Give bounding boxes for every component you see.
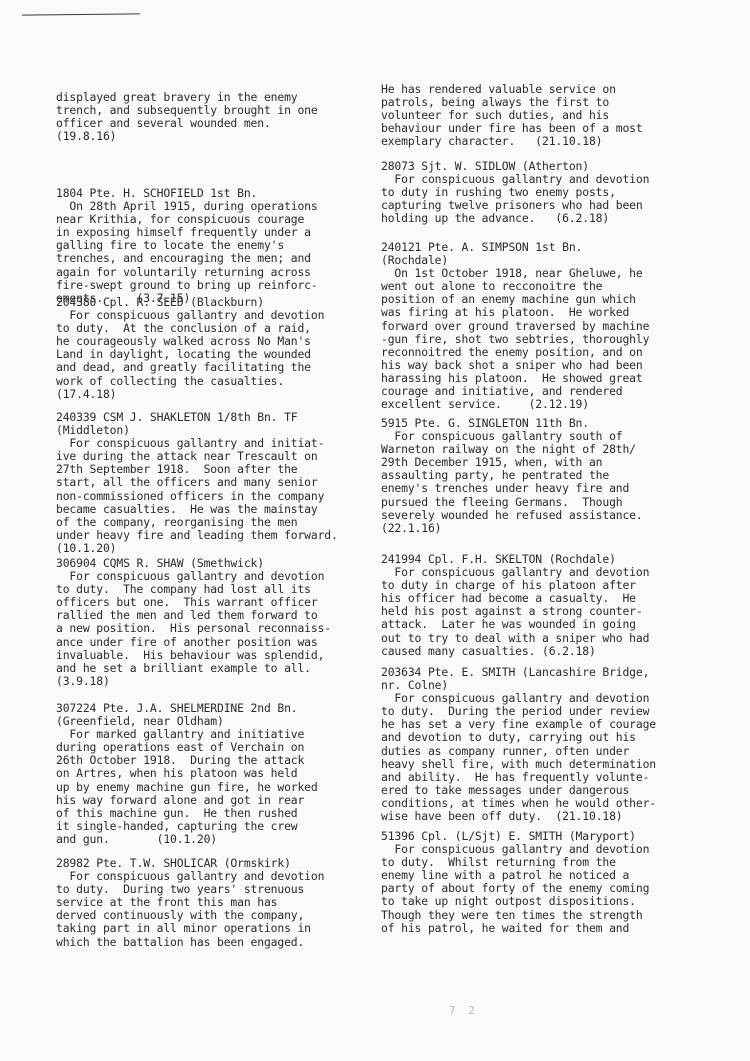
citation-text-line: excellent service. (2.12.19) [381, 398, 649, 411]
citation-text-line: under heavy fire and leading them forwar… [56, 529, 338, 542]
citation-text-line: taking part in all minor operations in [56, 922, 324, 935]
citation-text-line: which the battalion has been engaged. [56, 936, 324, 949]
citation-text-line: exemplary character. (21.10.18) [381, 135, 643, 148]
citation-text-line: and devotion to duty, carrying out his [381, 731, 656, 744]
citation-entry: 203634 Pte. E. SMITH (Lancashire Bridge,… [381, 666, 656, 823]
citation-text-line: to take up night outpost dispositions. [381, 895, 649, 908]
citation-text-line: work of collecting the casualties. [56, 375, 324, 388]
citation-entry: 51396 Cpl. (L/Sjt) E. SMITH (Maryport) F… [381, 830, 649, 935]
citation-text-line: (22.1.16) [381, 522, 643, 535]
citation-entry: 1804 Pte. H. SCHOFIELD 1st Bn. On 28th A… [56, 187, 318, 305]
citation-text-line: out to try to deal with a sniper who had [381, 632, 649, 645]
citation-entry: 28982 Pte. T.W. SHOLICAR (Ormskirk) For … [56, 857, 324, 949]
citation-text-line: became casualties. He was the mainstay [56, 503, 338, 516]
citation-text-line: and ability. He has frequently volunte- [381, 771, 656, 784]
citation-text-line: Though they were ten times the strength [381, 909, 649, 922]
citation-text-line: wise have been off duty. (21.10.18) [381, 810, 656, 823]
citation-text-line: forward over ground traversed by machine [381, 320, 649, 333]
citation-text-line: his way back shot a sniper who had been [381, 359, 649, 372]
citation-text-line: his way forward alone and got in rear [56, 794, 318, 807]
citation-text-line: (10.1.20) [56, 542, 338, 555]
citation-text-line: ance under fire of another position was [56, 636, 331, 649]
citation-text-line: of this machine gun. He then rushed [56, 807, 318, 820]
citation-text-line: of the company, reorganising the men [56, 516, 338, 529]
citation-text-line: reconnoitred the enemy position, and on [381, 346, 649, 359]
citation-text-line: it single-handed, capturing the crew [56, 820, 318, 833]
citation-text-line: ered to take messages under dangerous [381, 784, 656, 797]
citation-text-line: (3.9.18) [56, 675, 331, 688]
citation-entry: 240339 CSM J. SHAKLETON 1/8th Bn. TF(Mid… [56, 411, 338, 555]
citation-text-line: fire-swept ground to bring up reinforc- [56, 279, 318, 292]
citation-entry: 240121 Pte. A. SIMPSON 1st Bn.(Rochdale)… [381, 241, 649, 411]
citation-text-line: enemy's trenches under heavy fire and [381, 482, 643, 495]
citation-text-line: and gun. (10.1.20) [56, 833, 318, 846]
citation-text-line: (17.4.18) [56, 388, 324, 401]
citation-text-line: start, all the officers and many senior [56, 476, 338, 489]
citation-text-line: and dead, and greatly facilitating the [56, 361, 324, 374]
citation-text-line: was firing at his platoon. He worked [381, 306, 649, 319]
citation-text-line: on Artres, when his platoon was held [56, 767, 318, 780]
citation-entry: displayed great bravery in the enemytren… [56, 91, 318, 143]
citation-text-line: severely wounded he refused assistance. [381, 509, 643, 522]
top-rule-divider [22, 13, 140, 15]
citation-text-line: caused many casualties. (6.2.18) [381, 645, 649, 658]
citation-entry: 306904 CQMS R. SHAW (Smethwick) For cons… [56, 557, 331, 688]
citation-text-line: up by enemy machine gun fire, he worked [56, 781, 318, 794]
citation-entry: 5915 Pte. G. SINGLETON 11th Bn. For cons… [381, 417, 643, 535]
citation-entry: He has rendered valuable service onpatro… [381, 83, 643, 148]
citation-text-line: of his patrol, he waited for them and [381, 922, 649, 935]
citation-text-line: invaluable. His behaviour was splendid, [56, 649, 331, 662]
citation-entry: 28073 Sjt. W. SIDLOW (Atherton) For cons… [381, 160, 649, 225]
citation-text-line: heavy shell fire, with much determinatio… [381, 758, 656, 771]
citation-text-line: holding up the advance. (6.2.18) [381, 212, 649, 225]
citation-text-line: -gun fire, shot two sebtries, thoroughly [381, 333, 649, 346]
citation-text-line: a new position. His personal reconnaiss- [56, 622, 331, 635]
page-number: 7 2 [449, 1004, 478, 1017]
citation-text-line: trenches, and encouraging the men; and [56, 252, 318, 265]
citation-text-line: pursued the fleeing Germans. Though [381, 496, 643, 509]
citation-entry: 241994 Cpl. F.H. SKELTON (Rochdale) For … [381, 553, 649, 658]
citation-entry: 307224 Pte. J.A. SHELMERDINE 2nd Bn.(Gre… [56, 702, 318, 846]
citation-text-line: and he set a brilliant example to all. [56, 662, 331, 675]
citation-text-line: duties as company runner, often under [381, 745, 656, 758]
citation-entry: 204380 Cpl. R. SEED (Blackburn) For cons… [56, 296, 324, 401]
citation-text-line: again for voluntarily returning across [56, 266, 318, 279]
citation-text-line: non-commissioned officers in the company [56, 490, 338, 503]
citation-text-line: attack. Later he was wounded in going [381, 618, 649, 631]
citation-text-line: (19.8.16) [56, 130, 318, 143]
